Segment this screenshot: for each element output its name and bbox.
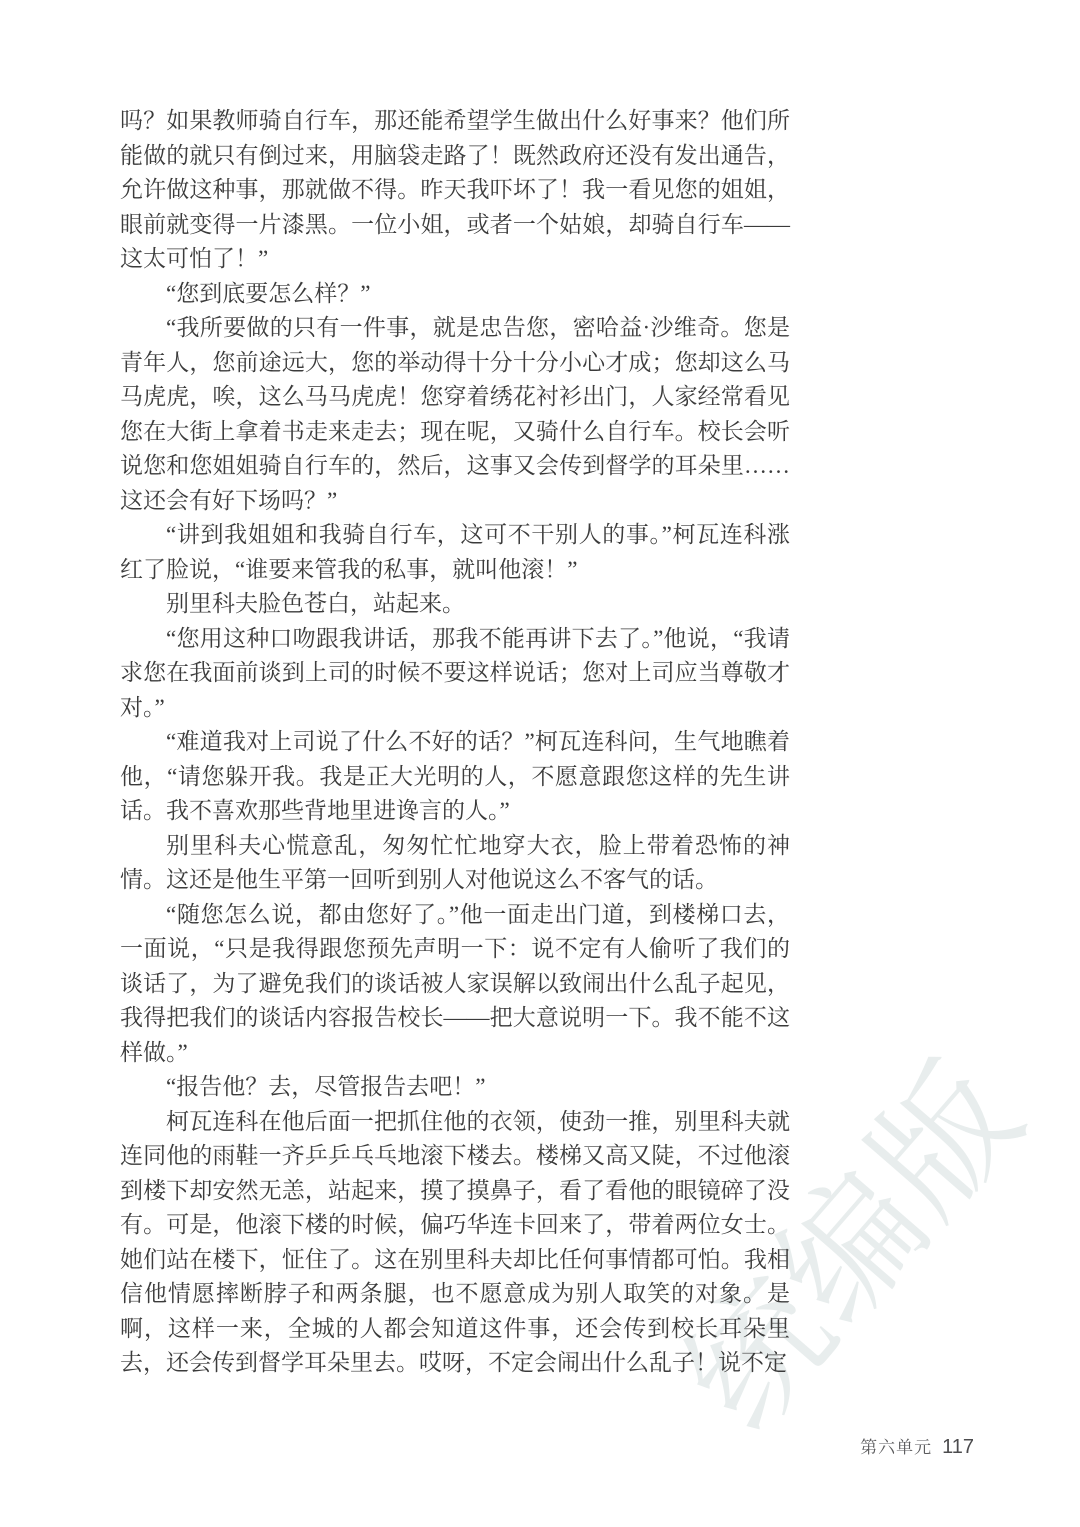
paragraph: 吗？如果教师骑自行车，那还能希望学生做出什么好事来？他们所能做的就只有倒过来，用…	[120, 104, 790, 277]
paragraph: “报告他？去，尽管报告去吧！”	[120, 1070, 790, 1105]
paragraph: “难道我对上司说了什么不好的话？”柯瓦连科问，生气地瞧着他，“请您躲开我。我是正…	[120, 725, 790, 829]
paragraph: 别里科夫脸色苍白，站起来。	[120, 587, 790, 622]
paragraph: 柯瓦连科在他后面一把抓住他的衣领，使劲一推，别里科夫就连同他的雨鞋一齐乒乒乓乓地…	[120, 1105, 790, 1381]
page-number: 117	[942, 1436, 974, 1459]
paragraph: 别里科夫心慌意乱，匆匆忙忙地穿大衣，脸上带着恐怖的神情。这还是他生平第一回听到别…	[120, 829, 790, 898]
body-text: 吗？如果教师骑自行车，那还能希望学生做出什么好事来？他们所能做的就只有倒过来，用…	[120, 104, 790, 1381]
paragraph: “您用这种口吻跟我讲话，那我不能再讲下去了。”他说，“我请求您在我面前谈到上司的…	[120, 622, 790, 726]
paragraph: “您到底要怎么样？”	[120, 277, 790, 312]
textbook-page: 统编版 吗？如果教师骑自行车，那还能希望学生做出什么好事来？他们所能做的就只有倒…	[0, 0, 1080, 1527]
page-footer: 第六单元 117	[860, 1433, 974, 1459]
paragraph: “随您怎么说，都由您好了。”他一面走出门道，到楼梯口去，一面说，“只是我得跟您预…	[120, 898, 790, 1071]
unit-label: 第六单元	[860, 1433, 932, 1458]
paragraph: “讲到我姐姐和我骑自行车，这可不干别人的事。”柯瓦连科涨红了脸说，“谁要来管我的…	[120, 518, 790, 587]
paragraph: “我所要做的只有一件事，就是忠告您，密哈益·沙维奇。您是青年人，您前途远大，您的…	[120, 311, 790, 518]
